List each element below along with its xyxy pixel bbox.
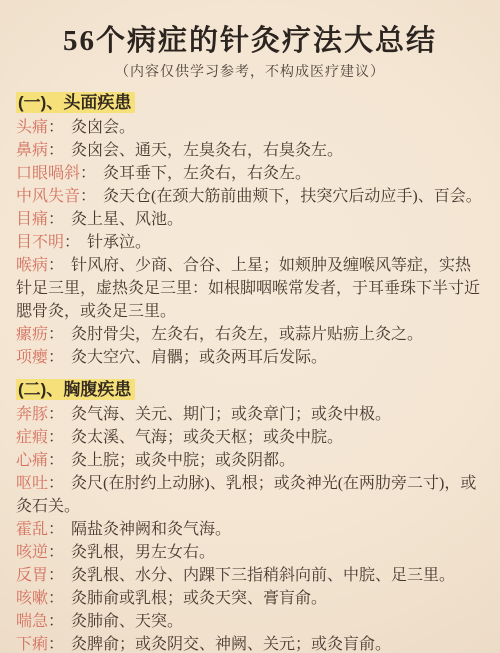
label-colon: ：	[48, 567, 64, 584]
label-colon: ：	[48, 590, 64, 607]
treatment-text: 灸上脘；或灸中脘；或灸阴都。	[71, 452, 295, 469]
section-heading-label: 头面疾患	[63, 93, 131, 112]
treatment-text: 隔盐灸神阙和灸气海。	[71, 521, 231, 538]
label-colon: ：	[48, 613, 64, 630]
disease-label: 反胃	[16, 567, 48, 584]
disease-label: 下痢	[16, 636, 48, 653]
treatment-text: 灸脾俞；或灸阴交、神阙、关元；或灸肓俞。	[71, 636, 391, 653]
disease-label: 头痛	[16, 119, 48, 136]
treatment-text: 针承泣。	[87, 234, 151, 251]
label-colon: ：	[48, 636, 64, 653]
treatment-text: 灸耳垂下，左灸右，右灸左。	[103, 165, 311, 182]
disease-label: 目不明	[16, 234, 64, 251]
section-number: (一)、	[18, 93, 63, 112]
entry-row: 喉病：针风府、少商、合谷、上星；如颊肿及缠喉风等症，实热针足三里，虚热灸足三里：…	[16, 254, 484, 323]
section-heading-label: 胸腹疾患	[63, 380, 131, 399]
disease-label: 瘰疬	[16, 326, 48, 343]
disease-label: 咳逆	[16, 544, 48, 561]
treatment-text: 灸囟会。	[71, 119, 135, 136]
disease-label: 口眼喎斜	[16, 165, 80, 182]
label-colon: ：	[48, 521, 64, 538]
disease-label: 目痛	[16, 211, 48, 228]
disease-label: 心痛	[16, 452, 48, 469]
disease-label: 喘急	[16, 613, 48, 630]
label-colon: ：	[48, 544, 64, 561]
entry-row: 中风失音：灸天仓(在颈大筋前曲颊下，扶突穴后动应手)、百会。	[16, 185, 484, 208]
entry-row: 下痢：灸脾俞；或灸阴交、神阙、关元；或灸肓俞。	[16, 633, 484, 653]
treatment-text: 灸乳根、水分、内踝下三指稍斜向前、中脘、足三里。	[71, 567, 455, 584]
label-colon: ：	[48, 119, 64, 136]
section-head-face: (一)、头面疾患 头痛：灸囟会。 鼻病：灸囟会、通天，左臭灸右，右臭灸左。 口眼…	[16, 91, 484, 369]
entry-row: 喘急：灸肺俞、天突。	[16, 610, 484, 633]
disease-label: 鼻病	[16, 142, 48, 159]
treatment-text: 灸囟会、通天，左臭灸右，右臭灸左。	[71, 142, 343, 159]
entry-row: 咳逆：灸乳根，男左女右。	[16, 541, 484, 564]
page-subtitle: （内容仅供学习参考，不构成医疗建议）	[16, 61, 484, 81]
entry-row: 头痛：灸囟会。	[16, 116, 484, 139]
treatment-text: 灸天仓(在颈大筋前曲颊下，扶突穴后动应手)、百会。	[103, 188, 482, 205]
section-heading-highlight: (二)、胸腹疾患	[16, 379, 135, 400]
document-page: 56个病症的针灸疗法大总结 （内容仅供学习参考，不构成医疗建议） (一)、头面疾…	[0, 0, 500, 653]
entry-row: 奔豚：灸气海、关元、期门；或灸章门；或灸中极。	[16, 403, 484, 426]
entry-row: 呕吐：灸尺(在肘约上动脉)、乳根；或灸神光(在两肋旁二寸)，或灸石关。	[16, 472, 484, 518]
label-colon: ：	[48, 475, 64, 492]
treatment-text: 灸大空穴、肩髃；或灸两耳后发际。	[71, 349, 327, 366]
treatment-text: 针风府、少商、合谷、上星；如颊肿及缠喉风等症，实热针足三里，虚热灸足三里：如根脚…	[16, 257, 480, 320]
entry-row: 鼻病：灸囟会、通天，左臭灸右，右臭灸左。	[16, 139, 484, 162]
treatment-text: 灸尺(在肘约上动脉)、乳根；或灸神光(在两肋旁二寸)，或灸石关。	[16, 475, 476, 515]
entry-row: 咳嗽：灸肺俞或乳根；或灸天突、膏肓俞。	[16, 587, 484, 610]
section-chest-abdomen: (二)、胸腹疾患 奔豚：灸气海、关元、期门；或灸章门；或灸中极。 症瘕：灸太溪、…	[16, 378, 484, 653]
disease-label: 霍乱	[16, 521, 48, 538]
entry-row: 心痛：灸上脘；或灸中脘；或灸阴都。	[16, 449, 484, 472]
label-colon: ：	[48, 142, 64, 159]
label-colon: ：	[64, 234, 80, 251]
section-heading-2: (二)、胸腹疾患	[16, 378, 484, 401]
page-title: 56个病症的针灸疗法大总结	[16, 18, 484, 59]
treatment-text: 灸气海、关元、期门；或灸章门；或灸中极。	[71, 406, 391, 423]
label-colon: ：	[48, 349, 64, 366]
disease-label: 中风失音	[16, 188, 80, 205]
treatment-text: 灸肺俞、天突。	[71, 613, 183, 630]
disease-label: 项瘿	[16, 349, 48, 366]
treatment-text: 灸乳根，男左女右。	[71, 544, 215, 561]
entry-row: 目痛：灸上星、风池。	[16, 208, 484, 231]
label-colon: ：	[48, 452, 64, 469]
entry-row: 目不明：针承泣。	[16, 231, 484, 254]
entry-row: 霍乱：隔盐灸神阙和灸气海。	[16, 518, 484, 541]
treatment-text: 灸太溪、气海；或灸天枢；或灸中脘。	[71, 429, 343, 446]
section-heading-1: (一)、头面疾患	[16, 91, 484, 114]
disease-label: 呕吐	[16, 475, 48, 492]
section-number: (二)、	[18, 380, 63, 399]
entry-row: 症瘕：灸太溪、气海；或灸天枢；或灸中脘。	[16, 426, 484, 449]
entry-row: 瘰疬：灸肘骨尖，左灸右，右灸左，或蒜片贴疬上灸之。	[16, 323, 484, 346]
label-colon: ：	[48, 326, 64, 343]
disease-label: 奔豚	[16, 406, 48, 423]
label-colon: ：	[48, 429, 64, 446]
section-heading-highlight: (一)、头面疾患	[16, 92, 135, 113]
entry-row: 反胃：灸乳根、水分、内踝下三指稍斜向前、中脘、足三里。	[16, 564, 484, 587]
label-colon: ：	[48, 257, 64, 274]
treatment-text: 灸肺俞或乳根；或灸天突、膏肓俞。	[71, 590, 327, 607]
label-colon: ：	[80, 188, 96, 205]
label-colon: ：	[80, 165, 96, 182]
treatment-text: 灸肘骨尖，左灸右，右灸左，或蒜片贴疬上灸之。	[71, 326, 423, 343]
disease-label: 咳嗽	[16, 590, 48, 607]
entry-row: 项瘿：灸大空穴、肩髃；或灸两耳后发际。	[16, 346, 484, 369]
entry-row: 口眼喎斜：灸耳垂下，左灸右，右灸左。	[16, 162, 484, 185]
disease-label: 喉病	[16, 257, 48, 274]
disease-label: 症瘕	[16, 429, 48, 446]
label-colon: ：	[48, 211, 64, 228]
label-colon: ：	[48, 406, 64, 423]
treatment-text: 灸上星、风池。	[71, 211, 183, 228]
